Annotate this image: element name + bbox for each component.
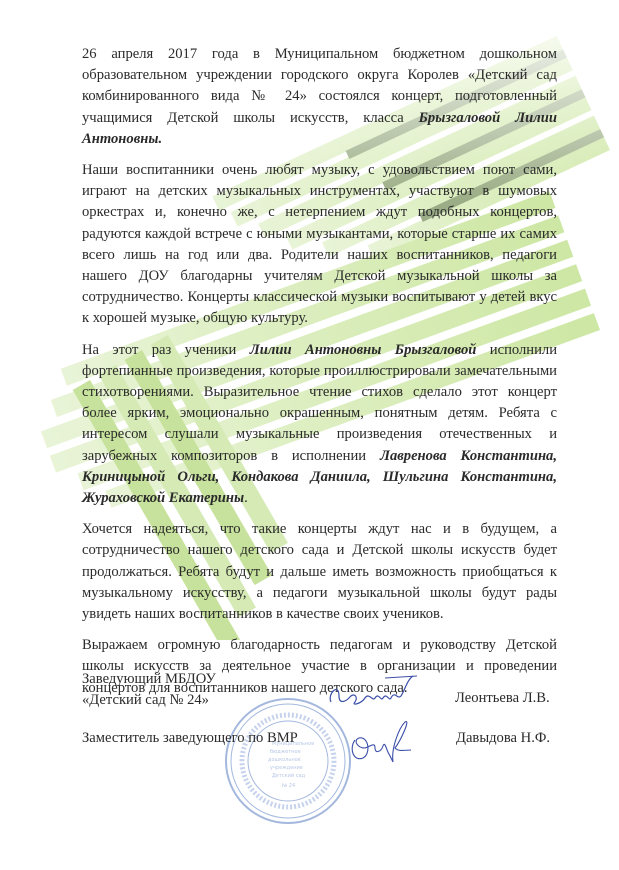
- head-title: Заведующий МБДОУ «Детский сад № 24»: [82, 669, 216, 711]
- paragraph-performers: На этот раз ученики Лилии Антоновны Брыз…: [82, 340, 557, 510]
- svg-text:учреждение: учреждение: [270, 765, 303, 771]
- text-segment: Наши воспитанники очень любят музыку, с …: [82, 162, 557, 326]
- paragraph-pupils: Наши воспитанники очень любят музыку, с …: [82, 160, 557, 330]
- paragraph-hope: Хочется надеяться, что такие концерты жд…: [82, 519, 557, 625]
- svg-text:бюджетное: бюджетное: [270, 749, 301, 755]
- text-segment: На этот раз ученики: [82, 342, 250, 358]
- text-segment: исполнили фортепианные произведения, кот…: [82, 342, 557, 464]
- deputy-title: Заместитель заведующего по ВМР: [82, 728, 298, 749]
- letter-body: 26 апреля 2017 года в Муниципальном бюдж…: [82, 44, 557, 709]
- svg-text:№ 24: № 24: [282, 783, 295, 789]
- text-segment: .: [244, 490, 248, 506]
- head-signature-icon: [325, 672, 420, 712]
- deputy-name: Давыдова Н.Ф.: [456, 728, 550, 749]
- svg-text:Детский сад: Детский сад: [272, 772, 306, 779]
- round-stamp-icon: Муниципальное бюджетное дошкольное учреж…: [222, 695, 354, 827]
- text-segment: Хочется надеяться, что такие концерты жд…: [82, 521, 557, 622]
- head-title-line1: Заведующий МБДОУ: [82, 669, 216, 690]
- deputy-signature-icon: [345, 718, 415, 768]
- svg-text:дошкольное: дошкольное: [268, 757, 301, 763]
- head-name: Леонтьева Л.В.: [455, 688, 550, 709]
- paragraph-intro: 26 апреля 2017 года в Муниципальном бюдж…: [82, 44, 557, 150]
- teacher-name: Лилии Антоновны Брызгаловой: [250, 342, 477, 358]
- head-title-line2: «Детский сад № 24»: [82, 690, 216, 711]
